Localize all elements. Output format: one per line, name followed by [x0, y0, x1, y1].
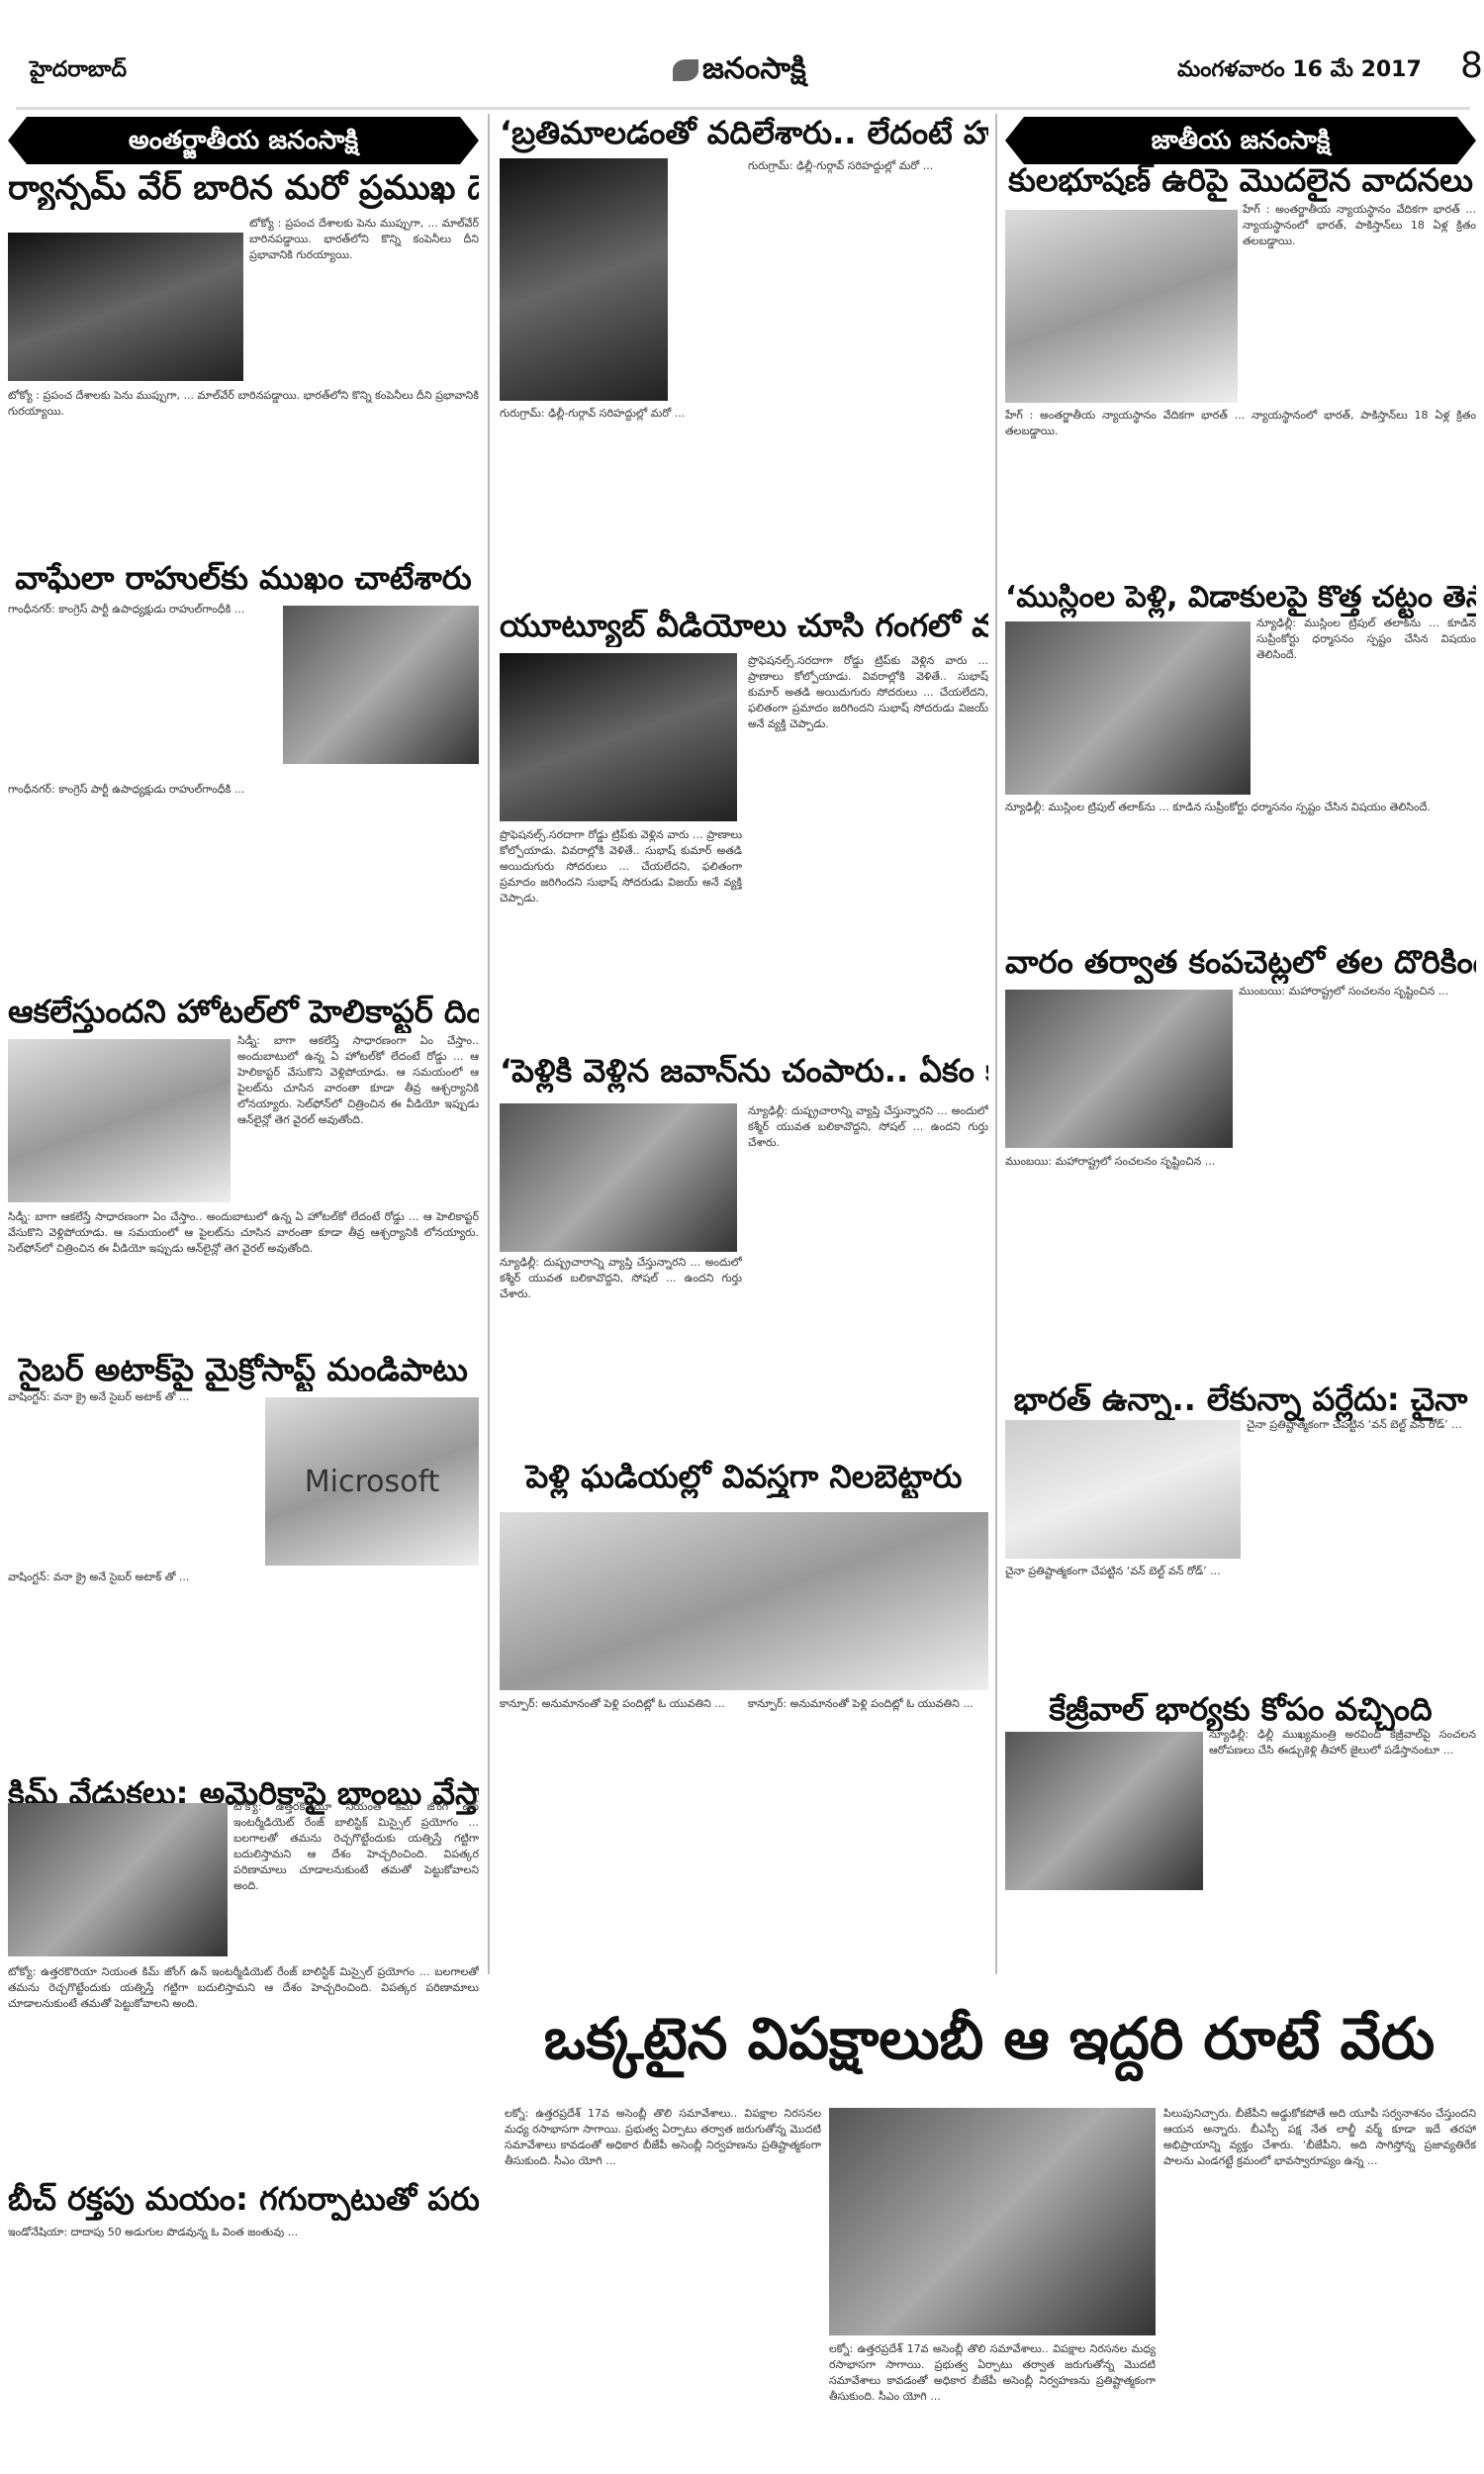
header-rule	[16, 107, 1470, 110]
lead-body-right: పిలుపునిచ్చారు. బీజేపీని అడ్డుకోకపోతే అద…	[1163, 2106, 1476, 2462]
article-body: వాషింగ్టన్: వనా క్రై అనే సైబర్ అటాక్ తో …	[8, 1389, 260, 1568]
article-body-cont: టోక్యో : ప్రపంచ దేశాలకు పెను ముప్పుగా, .…	[8, 388, 479, 536]
article-body: న్యూఢిల్లీ: ముస్లింల ట్రిపుల్ తలాక్‌ను .…	[1256, 616, 1476, 799]
article-body-cont: టోక్యో: ఉత్తరకొరియా నియంత కిమ్ జోంగ్ ఉన్…	[8, 1964, 479, 2172]
article-body: హేగ్ : అంతర్జాతీయ న్యాయస్థానం వేదికగా భా…	[1243, 202, 1476, 405]
article-body-cont: గురుగ్రామ్: ఢిల్లీ-గుర్గావ్ సరిహద్దుల్లో…	[748, 158, 988, 604]
article-body: ప్రొఫెషనల్స్.సరదాగా రోడ్డు ట్రిప్‌కు వెళ…	[500, 827, 742, 1035]
headline: ‘బ్రతిమాలడంతో వదిలేశారు.. లేదంటే హత్యే’	[500, 111, 988, 154]
article-body: ముంబయి: మహారాష్ట్రలో సంచలనం సృష్టించిన .…	[1239, 984, 1476, 1152]
politician-photo	[283, 606, 479, 764]
headline: కులభూషణ్ ఉరిపై మొదలైన వాదనలు	[1005, 158, 1476, 202]
headline: ర్యాన్సమ్ వేర్ బారిన మరో ప్రముఖ దేశం	[8, 166, 479, 210]
headline: ఆకలేస్తుందని హోటల్‌లో హెలికాప్టర్ దించాడ…	[8, 990, 479, 1033]
newspaper-logo: జనంసాక్షి	[673, 51, 806, 93]
minister-photo	[1005, 621, 1251, 795]
headline: పెళ్లి ఘడియల్లో వివస్త్రగా నిలబెట్టారు	[500, 1455, 988, 1498]
bushes-photo	[1005, 990, 1233, 1148]
page-number: 8	[1460, 46, 1483, 86]
article-body-cont: వాషింగ్టన్: వనా క్రై అనే సైబర్ అటాక్ తో …	[8, 1570, 479, 1767]
article-body: సిడ్నీ: బాగా ఆకలేస్తే సాధారణంగా ఏం చేస్త…	[237, 1033, 479, 1206]
headline: వారం తర్వాత కంపచెట్లలో తల దొరికింది	[1005, 940, 1476, 984]
article-body-cont: గాంధీనగర్: కాంగ్రెస్ పార్టీ ఉపాధ్యక్షుడు…	[8, 782, 479, 986]
article-body-cont: సిడ్నీ: బాగా ఆకలేస్తే సాధారణంగా ఏం చేస్త…	[8, 1209, 479, 1348]
column-divider	[488, 114, 490, 1974]
article-body: గురుగ్రామ్: ఢిల్లీ-గుర్గావ్ సరిహద్దుల్లో…	[500, 406, 742, 604]
article-body-cont: హేగ్ : అంతర్జాతీయ న్యాయస్థానం వేదికగా భా…	[1005, 408, 1476, 576]
section-banner-national: జాతీయ జనంసాక్షి	[1005, 117, 1476, 164]
headline: కేజ్రీవాల్ భార్యకు కోపం వచ్చింది	[1005, 1687, 1476, 1731]
kulbhushan-photo	[1005, 210, 1238, 403]
masthead: హైదరాబాద్ జనంసాక్షి మంగళవారం 16 మే 2017 …	[0, 0, 1484, 99]
article-body-cont: న్యూఢిల్లీ: దుష్ప్రచారాన్ని వ్యాప్తి చేస…	[748, 1103, 988, 1448]
article-body: కాన్పూర్: అనుమానంతో పెళ్లి పందిట్లో ఓ యు…	[500, 1696, 742, 1973]
article-body: టోక్యో: ఉత్తరకొరియా నియంత కిమ్ జోంగ్ ఉన్…	[233, 1799, 479, 1957]
headline: వాఘేలా రాహుల్‌కు ముఖం చాటేశారు	[8, 556, 479, 600]
kejriwal-wife-photo	[1005, 1732, 1203, 1890]
helicopter-photo	[8, 1039, 231, 1202]
article-body: ఇండోనేషియా: దాదాపు 50 అడుగుల పొడవున్న ఓ …	[8, 2225, 479, 2452]
article-body-cont: ప్రొఫెషనల్స్.సరదాగా రోడ్డు ట్రిప్‌కు వెళ…	[748, 653, 988, 1035]
bridal-dress-photo	[500, 1512, 988, 1690]
headline: ‘ముస్లింల పెళ్లి, విడాకులపై కొత్త చట్టం …	[1005, 576, 1476, 619]
article-body: టోక్యో : ప్రపంచ దేశాలకు పెను ముప్పుగా, .…	[249, 216, 479, 386]
lead-headline: ఒక్కటైన విపక్షాలుబీ ఆ ఇద్దరి రూటే వేరు	[495, 1999, 1484, 2078]
article-body-cont: చైనా ప్రతిష్టాత్మకంగా చేపట్టిన ‘వన్ బెల్…	[1005, 1564, 1476, 1684]
lead-body-left: లక్నో: ఉత్తరప్రదేశ్ 17వ అసెంబ్లీ తొలి సమ…	[505, 2106, 821, 2462]
article-body: న్యూఢిల్లీ: దుష్ప్రచారాన్ని వ్యాప్తి చేస…	[500, 1255, 742, 1448]
city-name: హైదరాబాద్	[30, 57, 127, 87]
column-divider	[995, 114, 997, 1974]
keyboard-photo	[8, 233, 243, 381]
assembly-photo	[829, 2108, 1156, 2335]
article-body: చైనా ప్రతిష్టాత్మకంగా చేపట్టిన ‘వన్ బెల్…	[1247, 1417, 1476, 1562]
article-body: గాంధీనగర్: కాంగ్రెస్ పార్టీ ఉపాధ్యక్షుడు…	[8, 602, 275, 780]
article-body-cont: కాన్పూర్: అనుమానంతో పెళ్లి పందిట్లో ఓ యు…	[748, 1696, 988, 1973]
microsoft-photo: Microsoft	[265, 1397, 479, 1566]
article-body: న్యూఢిల్లీ: ఢిల్లీ ముఖ్యమంత్రి అరవింద్ క…	[1209, 1727, 1476, 1974]
headline: ‘పెళ్లికి వెళ్లిన జవాన్‌ను చంపారు.. ఏకం …	[500, 1049, 988, 1093]
issue-date: మంగళవారం 16 మే 2017	[1177, 57, 1422, 87]
article-body-cont: న్యూఢిల్లీ: ముస్లింల ట్రిపుల్ తలాక్‌ను .…	[1005, 800, 1476, 943]
army-chief-photo	[500, 1103, 737, 1252]
river-photo	[500, 653, 737, 821]
headline: యూట్యూబ్ వీడియోలు చూసి గంగలో మునక	[500, 604, 988, 647]
kim-parade-photo	[8, 1803, 228, 1956]
silhouette-photo	[500, 158, 668, 401]
leaf-logo-icon	[673, 59, 698, 81]
headline: భారత్ ఉన్నా.. లేకున్నా పర్లేదు: చైనా	[1005, 1378, 1476, 1421]
map-photo	[1005, 1420, 1241, 1559]
headline: సైబర్ అటాక్‌పై మైక్రోసాప్ట్ మండిపాటు	[8, 1348, 479, 1391]
headline: బీచ్ రక్తపు మయం: గగుర్పాటుతో పరుగులు	[8, 2177, 479, 2221]
section-banner-international: అంతర్జాతీయ జనంసాక్షి	[8, 117, 479, 164]
article-body-cont: ముంబయి: మహారాష్ట్రలో సంచలనం సృష్టించిన .…	[1005, 1154, 1476, 1377]
lead-body-mid: లక్నో: ఉత్తరప్రదేశ్ 17వ అసెంబ్లీ తొలి సమ…	[829, 2341, 1156, 2462]
